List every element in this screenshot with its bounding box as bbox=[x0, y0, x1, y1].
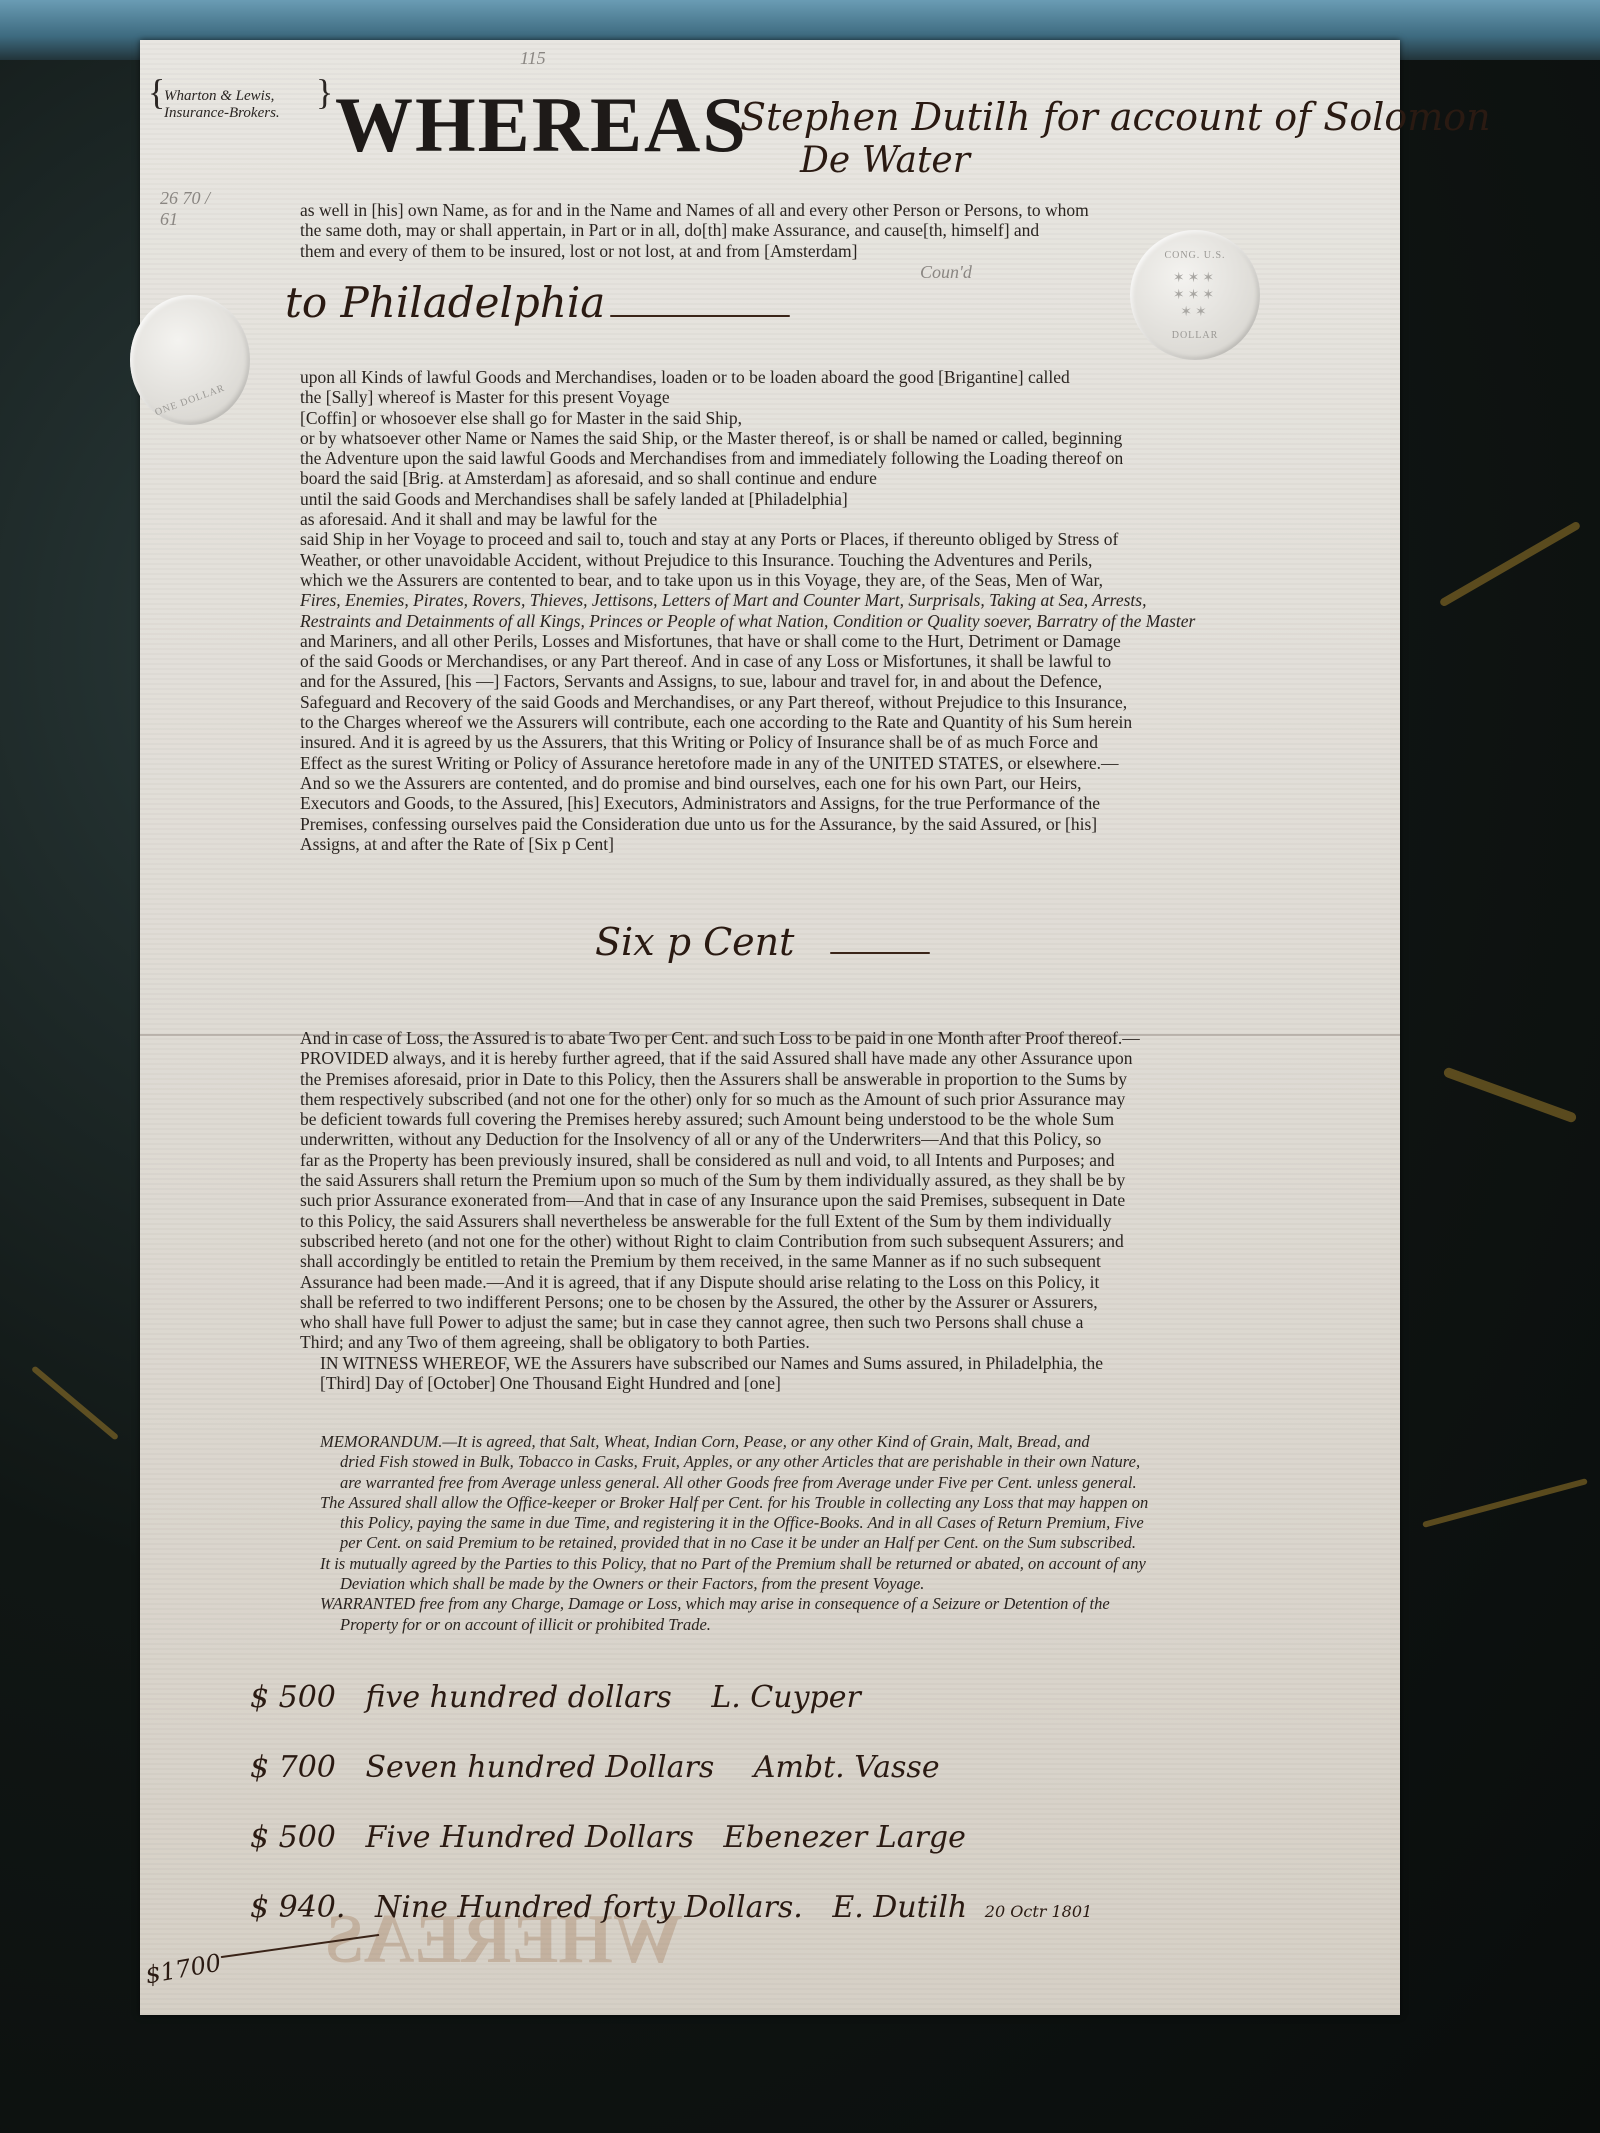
printed-line: Fires, Enemies, Pirates, Rovers, Thieves… bbox=[300, 590, 1375, 610]
printed-line: board the said [Brig. at Amsterdam] as a… bbox=[300, 468, 1375, 488]
policy-intro-text: as well in [his] own Name, as for and in… bbox=[300, 200, 1375, 261]
subscription-row: $ 500 five hundred dollars L. Cuyper bbox=[250, 1680, 861, 1715]
printed-line: Premises, confessing ourselves paid the … bbox=[300, 814, 1375, 834]
broker-title: Insurance-Brokers. bbox=[158, 105, 280, 122]
handwritten-premium-rate: Six p Cent bbox=[595, 920, 794, 964]
underwriter-signature: Ebenezer Large bbox=[723, 1820, 965, 1855]
printed-line: who shall have full Power to adjust the … bbox=[300, 1312, 1375, 1332]
handwritten-destination: to Philadelphia bbox=[285, 278, 605, 327]
memorandum-line: MEMORANDUM.—It is agreed, that Salt, Whe… bbox=[300, 1432, 1375, 1452]
printed-line: insured. And it is agreed by us the Assu… bbox=[300, 732, 1375, 752]
printed-line: upon all Kinds of lawful Goods and Merch… bbox=[300, 367, 1375, 387]
memorandum-line: this Policy, paying the same in due Time… bbox=[300, 1513, 1375, 1533]
subscription-words: Five Hundred Dollars bbox=[365, 1820, 693, 1855]
memorandum-line: Deviation which shall be made by the Own… bbox=[300, 1574, 1375, 1594]
printed-line: And so we the Assurers are contented, an… bbox=[300, 773, 1375, 793]
pencil-note: 26 70 / 61 bbox=[160, 188, 210, 230]
printed-line: Assurance had been made.—And it is agree… bbox=[300, 1272, 1375, 1292]
handwritten-total: $1700 bbox=[143, 1949, 223, 1990]
underwriter-signature: L. Cuyper bbox=[711, 1680, 861, 1715]
date-line: [Third] Day of [October] One Thousand Ei… bbox=[300, 1373, 1375, 1393]
memorandum-line: Property for or on account of illicit or… bbox=[300, 1615, 1375, 1635]
printed-line: of the said Goods or Merchandises, or an… bbox=[300, 651, 1375, 671]
printed-line: them and every of them to be insured, lo… bbox=[300, 241, 1375, 261]
insurance-policy-document: 115 26 70 / 61 Coun'd { Wharton & Lewis,… bbox=[140, 40, 1400, 2015]
memorandum-text: MEMORANDUM.—It is agreed, that Salt, Whe… bbox=[300, 1432, 1375, 1635]
memorandum-line: per Cent. on said Premium to be retained… bbox=[300, 1533, 1375, 1553]
memorandum-line: It is mutually agreed by the Parties to … bbox=[300, 1554, 1375, 1574]
dollar-seal-embossed: ONE DOLLAR bbox=[130, 295, 250, 425]
subscription-row: $ 500 Five Hundred Dollars Ebenezer Larg… bbox=[250, 1820, 966, 1855]
pencil-note: 115 bbox=[520, 48, 546, 69]
underwriter-signature: E. Dutilh bbox=[832, 1890, 967, 1925]
subscription-amount: $ 700 bbox=[250, 1750, 336, 1785]
marble-vein bbox=[31, 1365, 119, 1440]
printed-line: to the Charges whereof we the Assurers w… bbox=[300, 712, 1375, 732]
printed-line: which we the Assurers are contented to b… bbox=[300, 570, 1375, 590]
subscription-words: Seven hundred Dollars bbox=[365, 1750, 714, 1785]
printed-line: said Ship in her Voyage to proceed and s… bbox=[300, 529, 1375, 549]
printed-line: be deficient towards full covering the P… bbox=[300, 1109, 1375, 1129]
witness-line: IN WITNESS WHEREOF, WE the Assurers have… bbox=[300, 1353, 1375, 1373]
seal-text: DOLLAR bbox=[1130, 330, 1260, 341]
printed-line: [Coffin] or whosoever else shall go for … bbox=[300, 408, 1375, 428]
printed-line: the same doth, may or shall appertain, i… bbox=[300, 220, 1375, 240]
ink-rule bbox=[830, 952, 930, 954]
subscription-date: 20 Octr 1801 bbox=[985, 1902, 1092, 1921]
printed-line: them respectively subscribed (and not on… bbox=[300, 1089, 1375, 1109]
subscription-words: Nine Hundred forty Dollars. bbox=[375, 1890, 803, 1925]
printed-line: as aforesaid. And it shall and may be la… bbox=[300, 509, 1375, 529]
subscription-row: $ 700 Seven hundred Dollars Ambt. Vasse bbox=[250, 1750, 940, 1785]
handwritten-assured-name-2: De Water bbox=[800, 140, 970, 181]
subscription-amount: $ 500 bbox=[250, 1820, 336, 1855]
printed-line: Safeguard and Recovery of the said Goods… bbox=[300, 692, 1375, 712]
marble-vein bbox=[1443, 1066, 1578, 1123]
printed-line: the Premises aforesaid, prior in Date to… bbox=[300, 1069, 1375, 1089]
printed-line: the said Assurers shall return the Premi… bbox=[300, 1170, 1375, 1190]
printed-line: and for the Assured, [his —] Factors, Se… bbox=[300, 671, 1375, 691]
broker-name: Wharton & Lewis, bbox=[158, 88, 280, 105]
printed-line: far as the Property has been previously … bbox=[300, 1150, 1375, 1170]
printed-line: or by whatsoever other Name or Names the… bbox=[300, 428, 1375, 448]
printed-line: PROVIDED always, and it is hereby furthe… bbox=[300, 1048, 1375, 1068]
printed-line: and Mariners, and all other Perils, Loss… bbox=[300, 631, 1375, 651]
subscription-words: five hundred dollars bbox=[365, 1680, 671, 1715]
memorandum-line: WARRANTED free from any Charge, Damage o… bbox=[300, 1594, 1375, 1614]
printed-line: to this Policy, the said Assurers shall … bbox=[300, 1211, 1375, 1231]
printed-line: Assigns, at and after the Rate of [Six p… bbox=[300, 834, 1375, 854]
printed-line: Weather, or other unavoidable Accident, … bbox=[300, 550, 1375, 570]
printed-line: shall accordingly be entitled to retain … bbox=[300, 1251, 1375, 1271]
printed-line: such prior Assurance exonerated from—And… bbox=[300, 1190, 1375, 1210]
printed-line: subscribed hereto (and not one for the o… bbox=[300, 1231, 1375, 1251]
marble-vein bbox=[1422, 1478, 1588, 1528]
printed-line: underwritten, without any Deduction for … bbox=[300, 1129, 1375, 1149]
printed-line: until the said Goods and Merchandises sh… bbox=[300, 489, 1375, 509]
marble-vein bbox=[1439, 521, 1582, 608]
policy-heading: WHEREAS bbox=[335, 80, 748, 170]
subscription-amount: $ 940. bbox=[250, 1890, 345, 1925]
printed-line: And in case of Loss, the Assured is to a… bbox=[300, 1028, 1375, 1048]
memorandum-line: The Assured shall allow the Office-keepe… bbox=[300, 1493, 1375, 1513]
policy-body-text: upon all Kinds of lawful Goods and Merch… bbox=[300, 367, 1375, 854]
printed-line: Restraints and Detainments of all Kings,… bbox=[300, 611, 1375, 631]
printed-line: as well in [his] own Name, as for and in… bbox=[300, 200, 1375, 220]
memorandum-line: are warranted free from Average unless g… bbox=[300, 1473, 1375, 1493]
printed-line: shall be referred to two indifferent Per… bbox=[300, 1292, 1375, 1312]
broker-imprint: { Wharton & Lewis, Insurance-Brokers. } bbox=[158, 88, 280, 122]
subscription-amount: $ 500 bbox=[250, 1680, 336, 1715]
ink-rule bbox=[610, 315, 790, 317]
pencil-note: Coun'd bbox=[920, 262, 972, 283]
handwritten-assured-name: Stephen Dutilh for account of Solomon bbox=[740, 95, 1491, 139]
printed-line: Executors and Goods, to the Assured, [hi… bbox=[300, 793, 1375, 813]
memorandum-line: dried Fish stowed in Bulk, Tobacco in Ca… bbox=[300, 1452, 1375, 1472]
underwriter-signature: Ambt. Vasse bbox=[754, 1750, 940, 1785]
printed-line: the [Sally] whereof is Master for this p… bbox=[300, 387, 1375, 407]
subscription-row: $ 940. Nine Hundred forty Dollars. E. Du… bbox=[250, 1890, 1092, 1925]
printed-line: Third; and any Two of them agreeing, sha… bbox=[300, 1332, 1375, 1352]
printed-line: Effect as the surest Writing or Policy o… bbox=[300, 753, 1375, 773]
printed-line: the Adventure upon the said lawful Goods… bbox=[300, 448, 1375, 468]
policy-conditions-text: And in case of Loss, the Assured is to a… bbox=[300, 1028, 1375, 1393]
seal-text: ONE DOLLAR bbox=[132, 375, 249, 426]
